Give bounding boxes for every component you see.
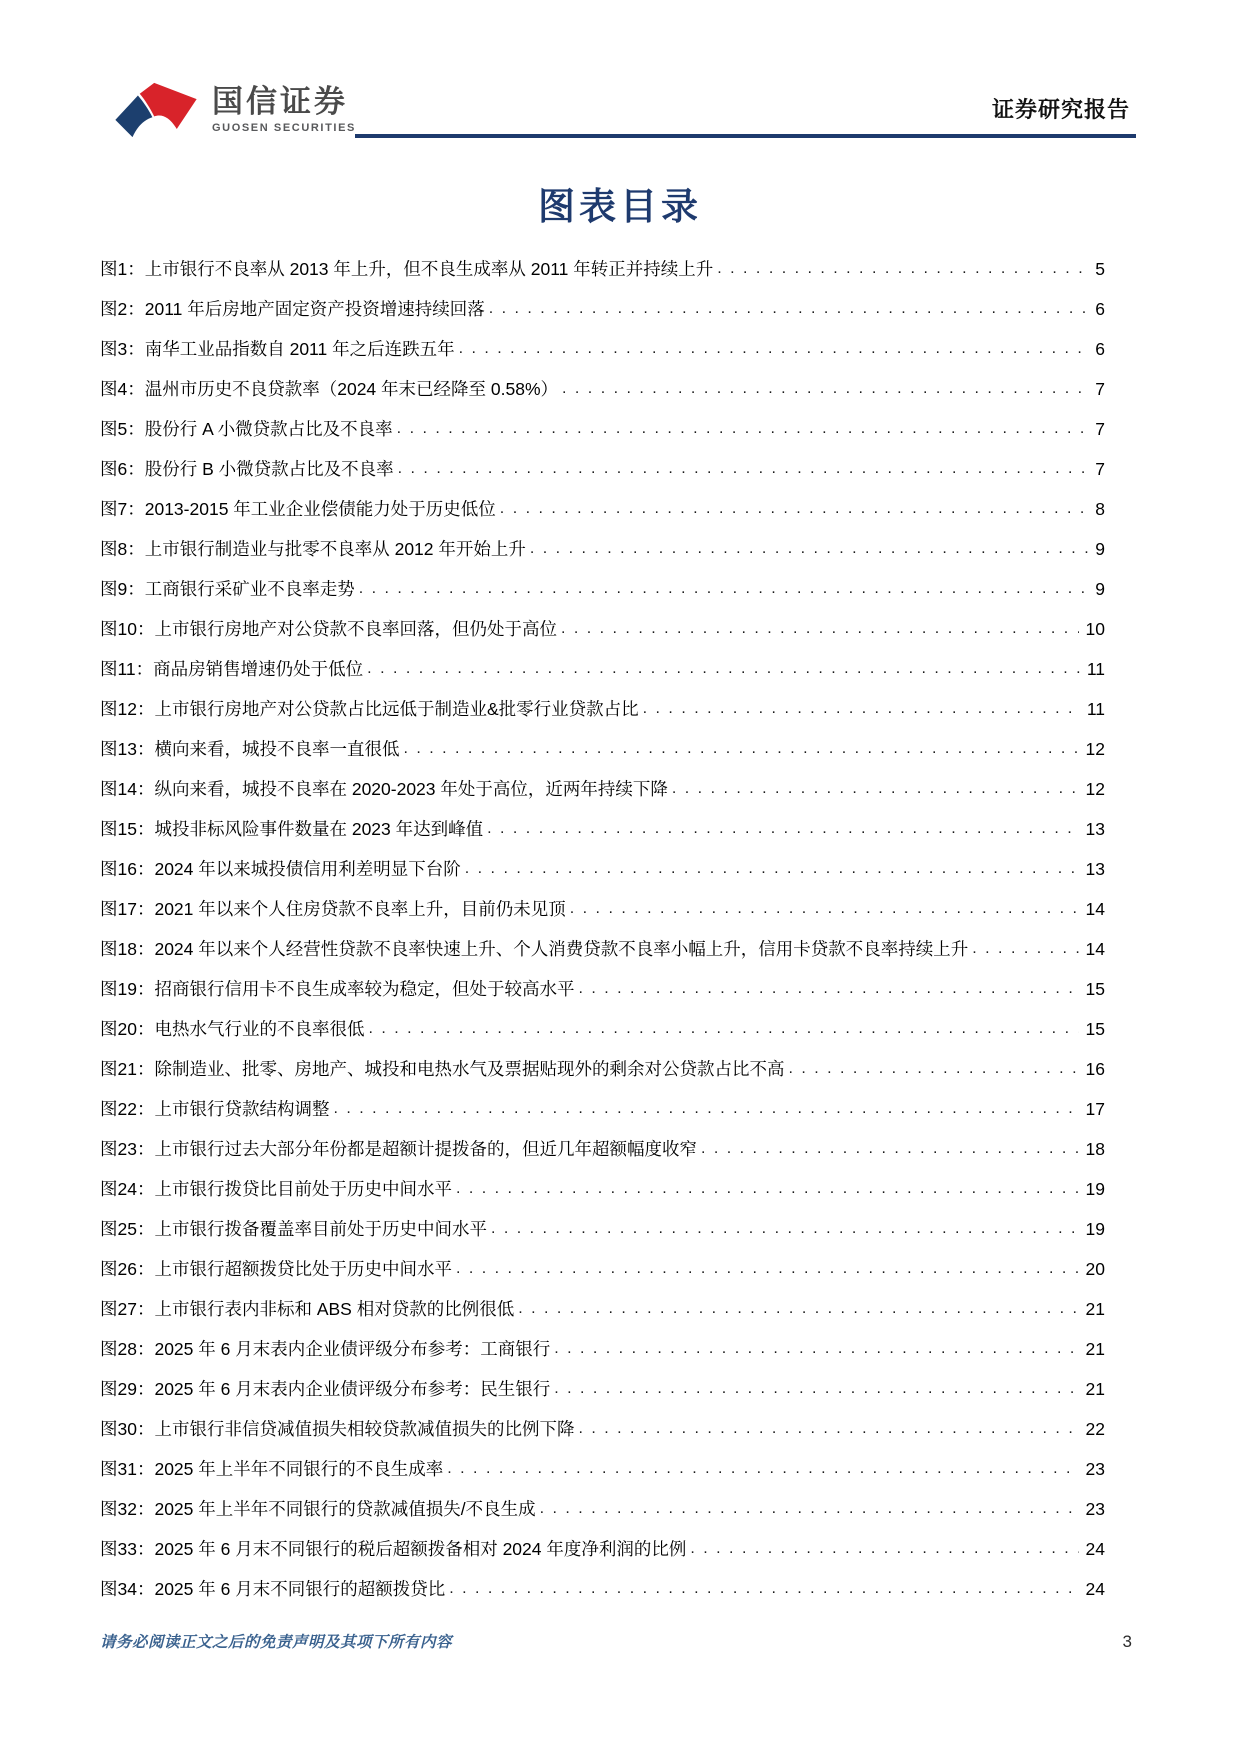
toc-entry-label: 图32： (100, 1490, 154, 1528)
toc-dot-leader (530, 528, 1088, 568)
toc-entry-title: 2025 年 6 月末不同银行的税后超额拨备相对 2024 年度净利润的比例 (154, 1530, 686, 1568)
toc-dot-leader (717, 248, 1088, 288)
toc-entry-label: 图28： (100, 1330, 154, 1368)
toc-entry[interactable]: 图33： 2025 年 6 月末不同银行的税后超额拨备相对 2024 年度净利润… (100, 1528, 1105, 1568)
toc-entry[interactable]: 图6： 股份行 B 小微贷款占比及不良率 7 (100, 448, 1105, 488)
toc-entry[interactable]: 图5： 股份行 A 小微贷款占比及不良率 7 (100, 408, 1105, 448)
toc-entry[interactable]: 图22： 上市银行贷款结构调整 17 (100, 1088, 1105, 1128)
toc-entry-label: 图12： (100, 690, 154, 728)
toc-entry-page: 12 (1083, 770, 1105, 808)
toc-entry[interactable]: 图1： 上市银行不良率从 2013 年上升，但不良生成率从 2011 年转正并持… (100, 248, 1105, 288)
toc-entry-title: 2011 年后房地产固定资产投资增速持续回落 (145, 290, 485, 328)
toc-entry-label: 图15： (100, 810, 154, 848)
toc-entry-page: 12 (1083, 730, 1105, 768)
toc-dot-leader (489, 288, 1089, 328)
toc-entry-page: 23 (1083, 1450, 1105, 1488)
toc-entry-title: 上市银行非信贷减值损失相较贷款减值损失的比例下降 (154, 1410, 574, 1448)
toc-dot-leader (643, 688, 1080, 728)
toc-entry-title: 工商银行采矿业不良率走势 (145, 570, 355, 608)
toc-entry[interactable]: 图13： 横向来看，城投不良率一直很低 12 (100, 728, 1105, 768)
toc-entry-page: 10 (1083, 610, 1105, 648)
toc-entry-page: 21 (1083, 1330, 1105, 1368)
toc-entry-title: 南华工业品指数自 2011 年之后连跌五年 (145, 330, 455, 368)
toc-entry-page: 8 (1092, 490, 1105, 528)
toc-entry[interactable]: 图7： 2013-2015 年工业企业偿债能力处于历史低位 8 (100, 488, 1105, 528)
toc-entry-page: 16 (1083, 1050, 1105, 1088)
toc-entry-title: 上市银行过去大部分年份都是超额计提拨备的，但近几年超额幅度收窄 (154, 1130, 697, 1168)
toc-entry-page: 11 (1084, 650, 1105, 688)
toc-dot-leader (459, 328, 1089, 368)
toc-entry-page: 6 (1092, 290, 1105, 328)
toc-dot-leader (398, 448, 1089, 488)
toc-entry-page: 15 (1083, 1010, 1105, 1048)
toc-entry-label: 图4： (100, 370, 145, 408)
toc-entry-title: 2025 年 6 月末表内企业债评级分布参考：民生银行 (154, 1370, 550, 1408)
toc-entry-label: 图33： (100, 1530, 154, 1568)
toc-entry-page: 18 (1083, 1130, 1105, 1168)
toc-entry[interactable]: 图20： 电热水气行业的不良率很低 15 (100, 1008, 1105, 1048)
toc-entry[interactable]: 图25： 上市银行拨备覆盖率目前处于历史中间水平 19 (100, 1208, 1105, 1248)
toc-entry-page: 11 (1084, 690, 1105, 728)
toc-dot-leader (578, 1408, 1078, 1448)
toc-dot-leader (367, 648, 1080, 688)
toc-entry-title: 2025 年 6 月末表内企业债评级分布参考：工商银行 (154, 1330, 550, 1368)
toc-entry-page: 7 (1092, 410, 1105, 448)
toc-entry[interactable]: 图32： 2025 年上半年不同银行的贷款减值损失/不良生成 23 (100, 1488, 1105, 1528)
toc-entry-page: 20 (1083, 1250, 1105, 1288)
toc-entry-title: 横向来看，城投不良率一直很低 (154, 730, 399, 768)
toc-entry-label: 图11： (100, 650, 153, 688)
toc-entry-title: 纵向来看，城投不良率在 2020-2023 年处于高位，近两年持续下降 (154, 770, 667, 808)
toc-dot-leader (500, 488, 1088, 528)
toc-entry-label: 图29： (100, 1370, 154, 1408)
toc-entry-label: 图31： (100, 1450, 154, 1488)
toc-entry-label: 图9： (100, 570, 145, 608)
toc-entry-label: 图5： (100, 410, 145, 448)
toc-entry[interactable]: 图10： 上市银行房地产对公贷款不良率回落，但仍处于高位 10 (100, 608, 1105, 648)
toc-entry-label: 图8： (100, 530, 145, 568)
toc-entry-label: 图18： (100, 930, 154, 968)
toc-dot-leader (562, 368, 1088, 408)
toc-dot-leader (578, 968, 1078, 1008)
toc-dot-leader (491, 1208, 1079, 1248)
toc-entry-title: 上市银行拨贷比目前处于历史中间水平 (154, 1170, 452, 1208)
toc-entry-label: 图10： (100, 610, 154, 648)
report-type-label: 证券研究报告 (992, 93, 1130, 124)
toc-entry-title: 上市银行房地产对公贷款占比远低于制造业&批零行业贷款占比 (154, 690, 638, 728)
toc-entry-title: 2025 年上半年不同银行的贷款减值损失/不良生成 (154, 1490, 535, 1528)
toc-entry[interactable]: 图9： 工商银行采矿业不良率走势 9 (100, 568, 1105, 608)
report-page: 国信证券 GUOSEN SECURITIES 证券研究报告 图表目录 图1： 上… (0, 0, 1240, 1754)
toc-entry-page: 6 (1092, 330, 1105, 368)
guosen-logo: 国信证券 GUOSEN SECURITIES (112, 82, 356, 138)
toc-entry[interactable]: 图14： 纵向来看，城投不良率在 2020-2023 年处于高位，近两年持续下降… (100, 768, 1105, 808)
toc-dot-leader (788, 1048, 1078, 1088)
toc-dot-leader (672, 768, 1079, 808)
logo-name-en: GUOSEN SECURITIES (212, 122, 356, 134)
toc-entry-label: 图24： (100, 1170, 154, 1208)
toc-entry[interactable]: 图15： 城投非标风险事件数量在 2023 年达到峰值 13 (100, 808, 1105, 848)
toc-entry-page: 13 (1083, 810, 1105, 848)
toc-entry-page: 14 (1083, 930, 1105, 968)
toc-dot-leader (561, 608, 1079, 648)
toc-entry-title: 招商银行信用卡不良生成率较为稳定，但处于较高水平 (154, 970, 574, 1008)
toc-entry-page: 22 (1083, 1410, 1105, 1448)
toc-entry[interactable]: 图24： 上市银行拨贷比目前处于历史中间水平 19 (100, 1168, 1105, 1208)
toc-entry-label: 图26： (100, 1250, 154, 1288)
toc-entry-label: 图20： (100, 1010, 154, 1048)
footer-page-number: 3 (1123, 1632, 1132, 1652)
toc-entry-page: 19 (1083, 1210, 1105, 1248)
toc-entry-title: 上市银行不良率从 2013 年上升，但不良生成率从 2011 年转正并持续上升 (145, 250, 714, 288)
toc-entry-label: 图2： (100, 290, 145, 328)
toc-entry-label: 图14： (100, 770, 154, 808)
toc-entry-page: 9 (1092, 530, 1105, 568)
toc-dot-leader (972, 928, 1078, 968)
toc-entry[interactable]: 图28： 2025 年 6 月末表内企业债评级分布参考：工商银行 21 (100, 1328, 1105, 1368)
toc-entry[interactable]: 图34： 2025 年 6 月末不同银行的超额拨贷比 24 (100, 1568, 1105, 1608)
toc-dot-leader (456, 1168, 1079, 1208)
toc-entry-label: 图22： (100, 1090, 154, 1128)
toc-dot-leader (487, 808, 1078, 848)
toc-dot-leader (540, 1488, 1079, 1528)
toc-dot-leader (403, 728, 1078, 768)
toc-entry-label: 图1： (100, 250, 145, 288)
toc-entry[interactable]: 图31： 2025 年上半年不同银行的不良生成率 23 (100, 1448, 1105, 1488)
toc-entry-label: 图7： (100, 490, 145, 528)
toc-entry-title: 股份行 A 小微贷款占比及不良率 (145, 410, 393, 448)
toc-dot-leader (554, 1328, 1078, 1368)
toc-entry[interactable]: 图27： 上市银行表内非标和 ABS 相对贷款的比例很低 21 (100, 1288, 1105, 1328)
toc-entry[interactable]: 图16： 2024 年以来城投债信用利差明显下台阶 13 (100, 848, 1105, 888)
toc-entry[interactable]: 图12： 上市银行房地产对公贷款占比远低于制造业&批零行业贷款占比 11 (100, 688, 1105, 728)
toc-entry-title: 上市银行表内非标和 ABS 相对贷款的比例很低 (154, 1290, 514, 1328)
toc-entry-title: 城投非标风险事件数量在 2023 年达到峰值 (154, 810, 483, 848)
toc-entry-title: 2024 年以来城投债信用利差明显下台阶 (154, 850, 460, 888)
toc-entry-page: 15 (1083, 970, 1105, 1008)
toc-dot-leader (456, 1248, 1079, 1288)
toc-dot-leader (447, 1448, 1078, 1488)
toc-dot-leader (554, 1368, 1078, 1408)
footer-disclaimer: 请务必阅读正文之后的免责声明及其项下所有内容 (100, 1630, 452, 1652)
toc-entry-label: 图6： (100, 450, 145, 488)
toc-entry-title: 温州市历史不良贷款率（2024 年末已经降至 0.58%） (145, 370, 558, 408)
toc-dot-leader (333, 1088, 1078, 1128)
toc-entry-label: 图30： (100, 1410, 154, 1448)
toc-entry-label: 图3： (100, 330, 145, 368)
toc-entry-label: 图17： (100, 890, 154, 928)
figure-toc: 图1： 上市银行不良率从 2013 年上升，但不良生成率从 2011 年转正并持… (100, 248, 1105, 1608)
toc-entry-label: 图34： (100, 1570, 154, 1608)
toc-entry-title: 电热水气行业的不良率很低 (154, 1010, 364, 1048)
toc-entry-page: 24 (1083, 1570, 1105, 1608)
toc-entry-page: 21 (1083, 1290, 1105, 1328)
toc-entry-title: 2024 年以来个人经营性贷款不良率快速上升、个人消费贷款不良率小幅上升，信用卡… (154, 930, 968, 968)
toc-entry-title: 除制造业、批零、房地产、城投和电热水气及票据贴现外的剩余对公贷款占比不高 (154, 1050, 784, 1088)
toc-entry-page: 5 (1092, 250, 1105, 288)
toc-entry-page: 24 (1083, 1530, 1105, 1568)
page-title: 图表目录 (0, 176, 1240, 230)
toc-entry[interactable]: 图18： 2024 年以来个人经营性贷款不良率快速上升、个人消费贷款不良率小幅上… (100, 928, 1105, 968)
toc-entry[interactable]: 图23： 上市银行过去大部分年份都是超额计提拨备的，但近几年超额幅度收窄 18 (100, 1128, 1105, 1168)
toc-entry-label: 图27： (100, 1290, 154, 1328)
toc-entry-page: 9 (1092, 570, 1105, 608)
toc-entry-title: 上市银行制造业与批零不良率从 2012 年开始上升 (145, 530, 526, 568)
toc-entry-label: 图23： (100, 1130, 154, 1168)
toc-entry-label: 图16： (100, 850, 154, 888)
toc-dot-leader (570, 888, 1079, 928)
toc-entry-page: 7 (1092, 370, 1105, 408)
toc-entry-page: 21 (1083, 1370, 1105, 1408)
toc-dot-leader (518, 1288, 1078, 1328)
toc-entry[interactable]: 图8： 上市银行制造业与批零不良率从 2012 年开始上升 9 (100, 528, 1105, 568)
toc-entry-title: 上市银行超额拨贷比处于历史中间水平 (154, 1250, 452, 1288)
toc-entry-title: 2025 年 6 月末不同银行的超额拨贷比 (154, 1570, 445, 1608)
toc-entry-label: 图13： (100, 730, 154, 768)
toc-dot-leader (449, 1568, 1078, 1608)
toc-dot-leader (359, 568, 1089, 608)
toc-dot-leader (690, 1528, 1078, 1568)
toc-dot-leader (397, 408, 1089, 448)
toc-entry[interactable]: 图4： 温州市历史不良贷款率（2024 年末已经降至 0.58%） 7 (100, 368, 1105, 408)
toc-entry[interactable]: 图19： 招商银行信用卡不良生成率较为稳定，但处于较高水平 15 (100, 968, 1105, 1008)
toc-entry-title: 上市银行房地产对公贷款不良率回落，但仍处于高位 (154, 610, 557, 648)
logo-name-cn: 国信证券 (212, 86, 356, 119)
toc-dot-leader (701, 1128, 1079, 1168)
toc-entry[interactable]: 图29： 2025 年 6 月末表内企业债评级分布参考：民生银行 21 (100, 1368, 1105, 1408)
guosen-logo-text: 国信证券 GUOSEN SECURITIES (212, 86, 356, 134)
toc-entry[interactable]: 图21： 除制造业、批零、房地产、城投和电热水气及票据贴现外的剩余对公贷款占比不… (100, 1048, 1105, 1088)
toc-entry-page: 23 (1083, 1490, 1105, 1528)
toc-entry[interactable]: 图17： 2021 年以来个人住房贷款不良率上升，目前仍未见顶 14 (100, 888, 1105, 928)
toc-dot-leader (368, 1008, 1078, 1048)
toc-entry-title: 股份行 B 小微贷款占比及不良率 (145, 450, 394, 488)
toc-entry-title: 2021 年以来个人住房贷款不良率上升，目前仍未见顶 (154, 890, 565, 928)
toc-entry-title: 上市银行贷款结构调整 (154, 1090, 329, 1128)
toc-entry-label: 图25： (100, 1210, 154, 1248)
toc-entry-page: 19 (1083, 1170, 1105, 1208)
toc-entry-title: 商品房销售增速仍处于低位 (153, 650, 363, 688)
toc-entry-page: 13 (1083, 850, 1105, 888)
toc-entry[interactable]: 图30： 上市银行非信贷减值损失相较贷款减值损失的比例下降 22 (100, 1408, 1105, 1448)
toc-entry-label: 图21： (100, 1050, 154, 1088)
toc-entry[interactable]: 图26： 上市银行超额拨贷比处于历史中间水平 20 (100, 1248, 1105, 1288)
page-footer: 请务必阅读正文之后的免责声明及其项下所有内容 3 (100, 1630, 1132, 1652)
header-divider (355, 134, 1136, 138)
toc-dot-leader (465, 848, 1079, 888)
toc-entry-page: 14 (1083, 890, 1105, 928)
guosen-logo-icon (112, 82, 200, 138)
toc-entry-page: 7 (1092, 450, 1105, 488)
toc-entry-title: 2013-2015 年工业企业偿债能力处于历史低位 (145, 490, 496, 528)
toc-entry[interactable]: 图11： 商品房销售增速仍处于低位 11 (100, 648, 1105, 688)
toc-entry-title: 上市银行拨备覆盖率目前处于历史中间水平 (154, 1210, 487, 1248)
toc-entry-label: 图19： (100, 970, 154, 1008)
toc-entry[interactable]: 图2： 2011 年后房地产固定资产投资增速持续回落 6 (100, 288, 1105, 328)
toc-entry[interactable]: 图3： 南华工业品指数自 2011 年之后连跌五年 6 (100, 328, 1105, 368)
toc-entry-page: 17 (1083, 1090, 1105, 1128)
toc-entry-title: 2025 年上半年不同银行的不良生成率 (154, 1450, 443, 1488)
